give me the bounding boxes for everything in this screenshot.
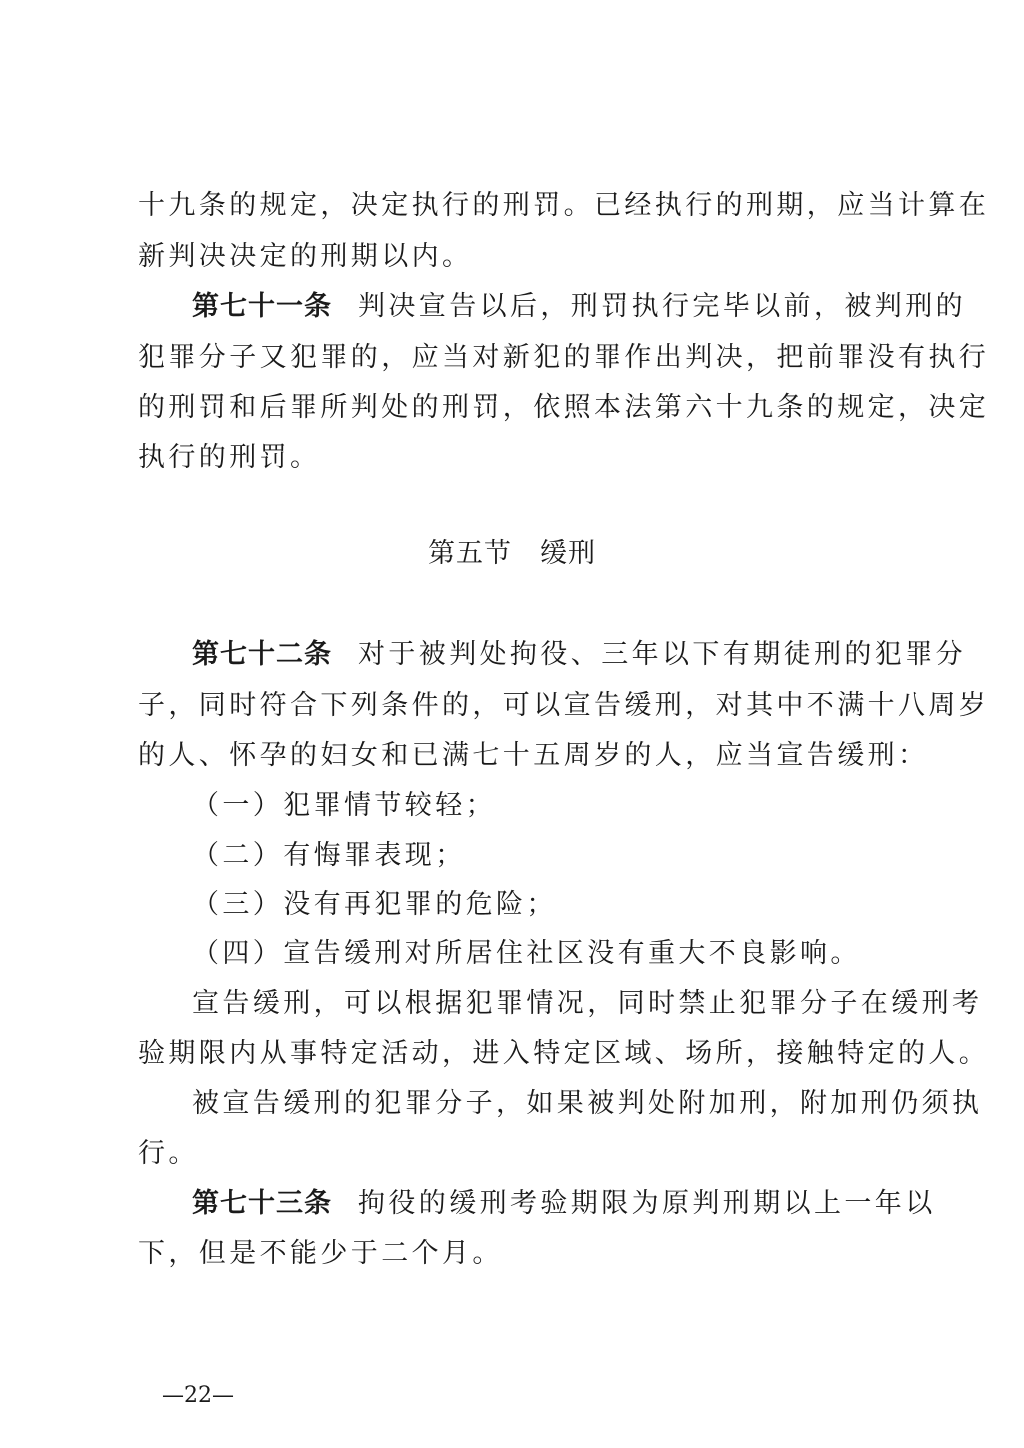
article-number: 第七十三条 xyxy=(192,1188,332,1219)
paragraph-line: 验期限内从事特定活动，进入特定区域、场所，接触特定的人。 xyxy=(138,1037,898,1071)
article-text: 对于被判处拘役、三年以下有期徒刑的犯罪分 xyxy=(358,639,966,670)
article-number: 第七十一条 xyxy=(192,291,332,322)
document-page: 十九条的规定，决定执行的刑罚。已经执行的刑期，应当计算在 新判决决定的刑期以内。… xyxy=(0,0,1024,1448)
paragraph-line: 的人、怀孕的妇女和已满七十五周岁的人，应当宣告缓刑： xyxy=(138,739,898,773)
article-text: 判决宣告以后，刑罚执行完毕以前，被判刑的 xyxy=(358,291,966,322)
article-text: 拘役的缓刑考验期限为原判刑期以上一年以 xyxy=(358,1188,936,1219)
paragraph-line: 犯罪分子又犯罪的，应当对新犯的罪作出判决，把前罪没有执行 xyxy=(138,341,898,375)
paragraph-line: 行。 xyxy=(138,1137,898,1171)
paragraph-line: 被宣告缓刑的犯罪分子，如果被判处附加刑，附加刑仍须执 xyxy=(192,1087,898,1121)
paragraph-line: 的刑罚和后罪所判处的刑罚，依照本法第六十九条的规定，决定 xyxy=(138,391,898,425)
list-item: （二）有悔罪表现； xyxy=(192,839,466,873)
paragraph-line: 新判决决定的刑期以内。 xyxy=(138,240,898,274)
list-item: （三）没有再犯罪的危险； xyxy=(192,888,557,922)
section-number: 第五节 xyxy=(428,538,512,569)
article-73-first-line: 第七十三条拘役的缓刑考验期限为原判刑期以上一年以 xyxy=(192,1187,898,1221)
article-number: 第七十二条 xyxy=(192,639,332,670)
paragraph-line: 子，同时符合下列条件的，可以宣告缓刑，对其中不满十八周岁 xyxy=(138,689,898,723)
paragraph-line: 下，但是不能少于二个月。 xyxy=(138,1237,898,1271)
list-item: （一）犯罪情节较轻； xyxy=(192,789,496,823)
section-heading: 第五节缓刑 xyxy=(0,537,1024,571)
article-71-first-line: 第七十一条判决宣告以后，刑罚执行完毕以前，被判刑的 xyxy=(192,290,898,324)
page-number: —22— xyxy=(162,1382,234,1410)
paragraph-line: 十九条的规定，决定执行的刑罚。已经执行的刑期，应当计算在 xyxy=(138,189,898,223)
paragraph-line: 执行的刑罚。 xyxy=(138,441,898,475)
article-72-first-line: 第七十二条对于被判处拘役、三年以下有期徒刑的犯罪分 xyxy=(192,638,898,672)
list-item: （四）宣告缓刑对所居住社区没有重大不良影响。 xyxy=(192,937,861,971)
section-title-text: 缓刑 xyxy=(540,538,596,569)
paragraph-line: 宣告缓刑，可以根据犯罪情况，同时禁止犯罪分子在缓刑考 xyxy=(192,987,898,1021)
